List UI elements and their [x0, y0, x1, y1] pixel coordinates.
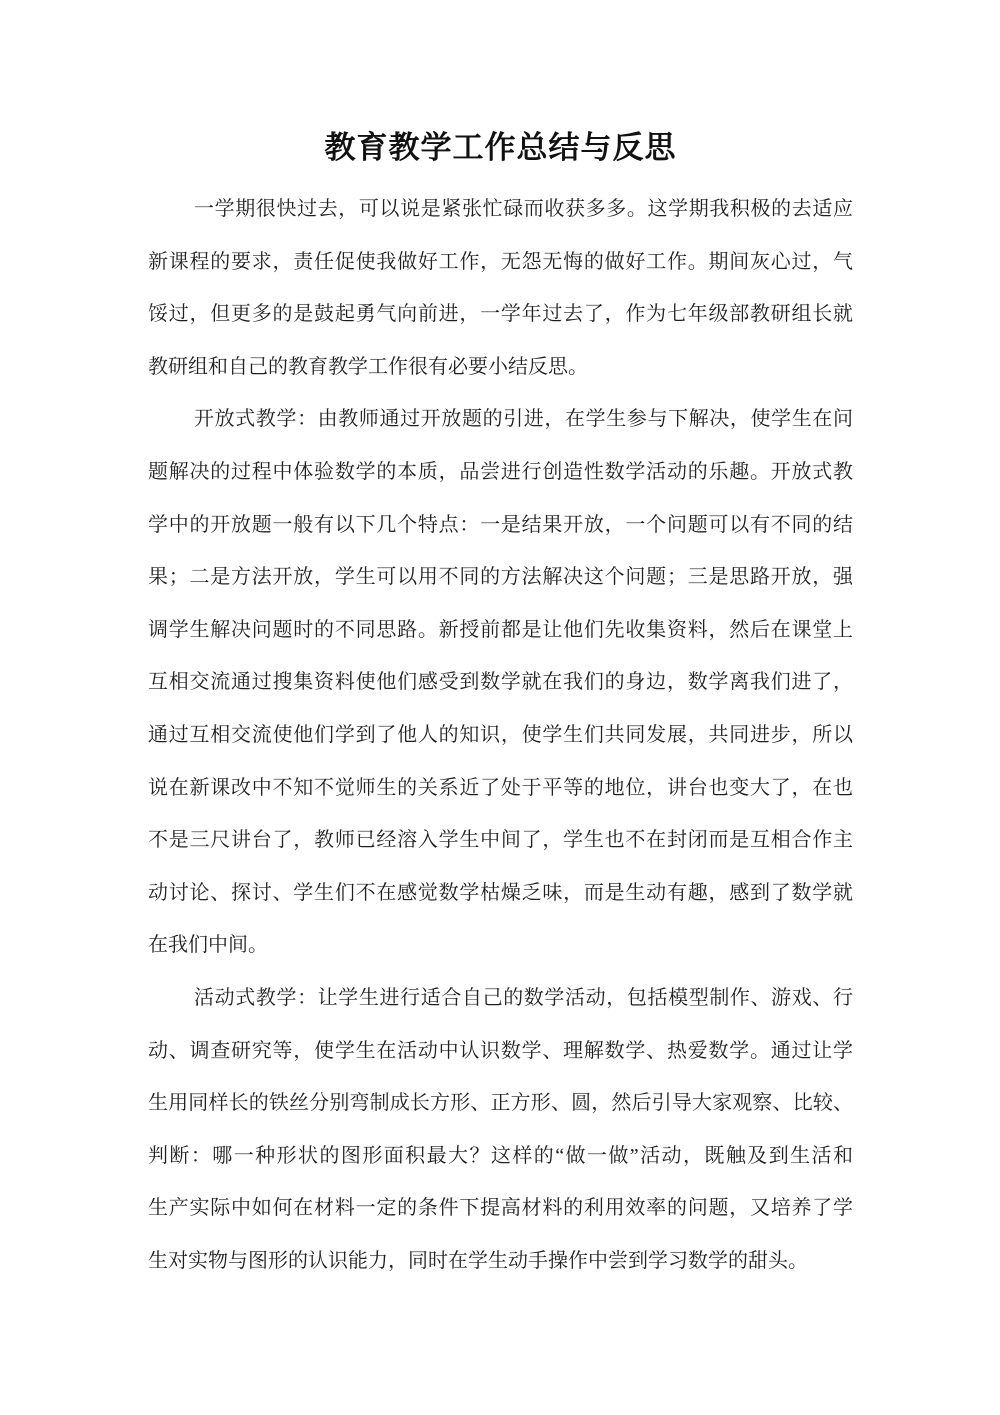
paragraph: 一学期很快过去，可以说是紧张忙碌而收获多多。这学期我积极的去适应新课程的要求，责…: [148, 183, 853, 393]
text-line: 开放式教学：由教师通过开放题的引进，在学生参与下解决，使学生在问: [148, 393, 853, 446]
text-line: 馁过，但更多的是鼓起勇气向前进，一学年过去了，作为七年级部教研组长就: [148, 288, 853, 341]
text-line: 题解决的过程中体验数学的本质，品尝进行创造性数学活动的乐趣。开放式教: [148, 446, 853, 499]
paragraph: 开放式教学：由教师通过开放题的引进，在学生参与下解决，使学生在问题解决的过程中体…: [148, 393, 853, 972]
text-line: 新课程的要求，责任促使我做好工作，无怨无悔的做好工作。期间灰心过，气: [148, 236, 853, 289]
text-line: 互相交流通过搜集资料使他们感受到数学就在我们的身边，数学离我们进了，: [148, 656, 853, 709]
text-line: 活动式教学：让学生进行适合自己的数学活动，包括模型制作、游戏、行: [148, 972, 853, 1025]
text-line: 动讨论、探讨、学生们不在感觉数学枯燥乏味，而是生动有趣，感到了数学就: [148, 867, 853, 920]
document-body: 一学期很快过去，可以说是紧张忙碌而收获多多。这学期我积极的去适应新课程的要求，责…: [148, 183, 853, 1287]
text-line: 生产实际中如何在材料一定的条件下提高材料的利用效率的问题，又培养了学: [148, 1182, 853, 1235]
text-line: 判断：哪一种形状的图形面积最大？这样的“做一做”活动，既触及到生活和: [148, 1130, 853, 1183]
text-line: 通过互相交流使他们学到了他人的知识，使学生们共同发展，共同进步，所以: [148, 709, 853, 762]
text-line: 生用同样长的铁丝分别弯制成长方形、正方形、圆，然后引导大家观察、比较、: [148, 1077, 853, 1130]
document-page: 教育教学工作总结与反思 一学期很快过去，可以说是紧张忙碌而收获多多。这学期我积极…: [0, 0, 1000, 1415]
paragraph: 活动式教学：让学生进行适合自己的数学活动，包括模型制作、游戏、行动、调查研究等，…: [148, 972, 853, 1288]
text-line: 说在新课改中不知不觉师生的关系近了处于平等的地位，讲台也变大了，在也: [148, 762, 853, 815]
text-line: 果；二是方法开放，学生可以用不同的方法解决这个问题；三是思路开放，强: [148, 551, 853, 604]
text-line: 调学生解决问题时的不同思路。新授前都是让他们先收集资料，然后在课堂上: [148, 604, 853, 657]
text-line: 生对实物与图形的认识能力，同时在学生动手操作中尝到学习数学的甜头。: [148, 1235, 853, 1288]
text-line: 一学期很快过去，可以说是紧张忙碌而收获多多。这学期我积极的去适应: [148, 183, 853, 236]
text-line: 动、调查研究等，使学生在活动中认识数学、理解数学、热爱数学。通过让学: [148, 1025, 853, 1078]
document-title: 教育教学工作总结与反思: [148, 124, 853, 172]
text-line: 不是三尺讲台了，教师已经溶入学生中间了，学生也不在封闭而是互相合作主: [148, 814, 853, 867]
text-line: 学中的开放题一般有以下几个特点：一是结果开放，一个问题可以有不同的结: [148, 499, 853, 552]
text-line: 在我们中间。: [148, 919, 853, 972]
text-line: 教研组和自己的教育教学工作很有必要小结反思。: [148, 341, 853, 394]
